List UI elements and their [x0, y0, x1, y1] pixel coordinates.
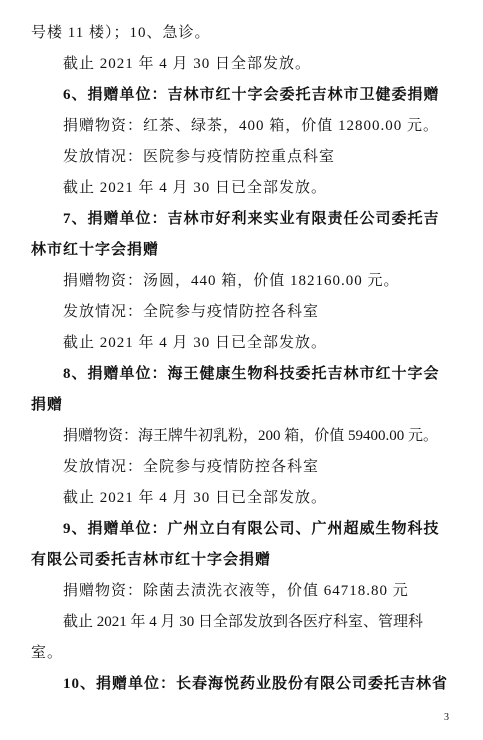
doc-line: 有限公司委托吉林市红十字会捐赠	[31, 545, 450, 576]
doc-line: 截止 2021 年 4 月 30 日全部发放到各医疗科室、管理科	[31, 607, 450, 638]
doc-line: 发放情况：全院参与疫情防控各科室	[31, 297, 450, 328]
doc-line: 发放情况：全院参与疫情防控各科室	[31, 452, 450, 483]
doc-line: 截止 2021 年 4 月 30 日已全部发放。	[31, 173, 450, 204]
document-body: 号楼 11 楼）；10、急诊。截止 2021 年 4 月 30 日全部发放。6、…	[31, 18, 450, 700]
doc-line: 号楼 11 楼）；10、急诊。	[31, 18, 450, 49]
doc-line: 捐赠	[31, 390, 450, 421]
doc-line: 室。	[31, 638, 450, 669]
doc-line: 截止 2021 年 4 月 30 日已全部发放。	[31, 483, 450, 514]
doc-line: 9、捐赠单位：广州立白有限公司、广州超威生物科技	[31, 514, 450, 545]
doc-line: 捐赠物资：汤圆，440 箱，价值 182160.00 元。	[31, 266, 450, 297]
doc-line: 捐赠物资：海王牌牛初乳粉，200 箱，价值 59400.00 元。	[31, 421, 450, 452]
doc-line: 10、捐赠单位：长春海悦药业股份有限公司委托吉林省	[31, 669, 450, 700]
doc-line: 捐赠物资：除菌去渍洗衣液等，价值 64718.80 元	[31, 576, 450, 607]
doc-line: 6、捐赠单位：吉林市红十字会委托吉林市卫健委捐赠	[31, 80, 450, 111]
doc-line: 发放情况：医院参与疫情防控重点科室	[31, 142, 450, 173]
document-page: 号楼 11 楼）；10、急诊。截止 2021 年 4 月 30 日全部发放。6、…	[0, 0, 483, 740]
doc-line: 截止 2021 年 4 月 30 日已全部发放。	[31, 328, 450, 359]
doc-line: 截止 2021 年 4 月 30 日全部发放。	[31, 49, 450, 80]
doc-line: 8、捐赠单位：海王健康生物科技委托吉林市红十字会	[31, 359, 450, 390]
doc-line: 林市红十字会捐赠	[31, 235, 450, 266]
doc-line: 7、捐赠单位：吉林市好利来实业有限责任公司委托吉	[31, 204, 450, 235]
doc-line: 捐赠物资：红茶、绿茶，400 箱，价值 12800.00 元。	[31, 111, 450, 142]
page-number: 3	[444, 712, 449, 724]
